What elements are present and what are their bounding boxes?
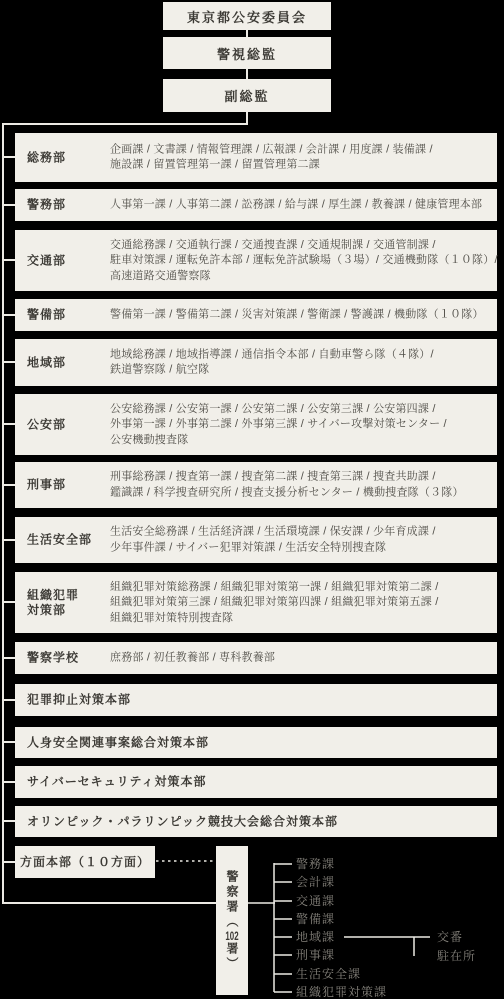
dept-box-general-affairs: 総務部 企画課 / 文書課 / 情報管理課 / 広報課 / 会計課 / 用度課 … xyxy=(15,133,497,182)
koban-label: 交番 xyxy=(437,929,463,945)
dept-divisions: 公安総務課 / 公安第一課 / 公安第二課 / 公安第三課 / 公安第四課 / … xyxy=(110,401,504,448)
dept-box-police-academy: 警察学校 庶務部 / 初任教養部 / 専科教養部 xyxy=(15,642,497,674)
dept-divisions: 庶務部 / 初任教養部 / 専科教養部 xyxy=(110,650,504,666)
dept-box-area-hq: 方面本部（１０方面） xyxy=(15,846,155,878)
dept-name: サイバーセキュリティ対策本部 xyxy=(27,775,487,790)
police-station-label-prefix: 警察署（ xyxy=(225,870,239,930)
station-section-kaikei: 会計課 xyxy=(296,874,335,890)
dept-name: 公安部 xyxy=(27,417,109,432)
police-station-box: 警察署（102署） xyxy=(216,846,248,995)
dept-box-criminal-investigation: 刑事部 刑事総務課 / 捜査第一課 / 捜査第二課 / 捜査第三課 / 捜査共助… xyxy=(15,462,497,508)
station-section-kotsu: 交通課 xyxy=(296,893,335,909)
police-station-label: 警察署（102署） xyxy=(226,870,238,972)
dept-name: オリンピック・パラリンピック競技大会総合対策本部 xyxy=(27,814,487,829)
dept-box-organized-crime: 組織犯罪 対策部 組織犯罪対策総務課 / 組織犯罪対策第一課 / 組織犯罪対策第… xyxy=(15,572,497,633)
dept-box-personal-safety-hq: 人身安全関連事案総合対策本部 xyxy=(15,727,497,758)
dept-box-cybersecurity-hq: サイバーセキュリティ対策本部 xyxy=(15,766,497,798)
dept-name: 生活安全部 xyxy=(27,533,109,548)
dept-divisions: 企画課 / 文書課 / 情報管理課 / 広報課 / 会計課 / 用度課 / 装備… xyxy=(110,142,504,173)
dept-name: 刑事部 xyxy=(27,478,109,493)
dept-name: 人身安全関連事案総合対策本部 xyxy=(27,735,487,750)
station-section-keiji: 刑事課 xyxy=(296,947,335,963)
dept-name: 警察学校 xyxy=(27,651,109,666)
dept-box-community-police: 地域部 地域総務課 / 地域指導課 / 通信指令本部 / 自動車警ら隊（４隊）/… xyxy=(15,339,497,386)
superintendent-general-label: 警視総監 xyxy=(217,44,277,63)
dept-name: 犯罪抑止対策本部 xyxy=(27,693,487,708)
dept-name: 総務部 xyxy=(27,150,109,165)
dept-name: 地域部 xyxy=(27,355,109,370)
dept-divisions: 生活安全総務課 / 生活経済課 / 生活環境課 / 保安課 / 少年育成課 / … xyxy=(110,525,504,556)
station-section-seikatsu-anzen: 生活安全課 xyxy=(296,966,361,982)
police-station-count: 102 xyxy=(225,930,239,942)
station-section-keibi: 警備課 xyxy=(296,911,335,927)
police-station-label-suffix: 署） xyxy=(225,942,239,972)
station-section-soshiki-hanzai: 組織犯罪対策課 xyxy=(296,984,387,999)
org-chart: 東京都公安委員会 警視総監 副総監 総務部 企画課 / 文書課 / 情報管理課 … xyxy=(0,0,504,999)
public-safety-commission-label: 東京都公安委員会 xyxy=(187,7,307,26)
station-section-chiiki: 地域課 xyxy=(296,929,335,945)
public-safety-commission-box: 東京都公安委員会 xyxy=(163,2,331,30)
dept-divisions: 刑事総務課 / 捜査第一課 / 捜査第二課 / 捜査第三課 / 捜査共助課 / … xyxy=(110,470,504,501)
dept-divisions: 地域総務課 / 地域指導課 / 通信指令本部 / 自動車警ら隊（４隊）/ 鉄道警… xyxy=(110,347,504,378)
dept-name: 警務部 xyxy=(27,198,109,213)
dept-box-public-security: 公安部 公安総務課 / 公安第一課 / 公安第二課 / 公安第三課 / 公安第四… xyxy=(15,394,497,455)
dept-box-security: 警備部 警備第一課 / 警備第二課 / 災害対策課 / 警衛課 / 警護課 / … xyxy=(15,299,497,331)
dept-name: 組織犯罪 対策部 xyxy=(27,588,109,618)
dept-divisions: 交通総務課 / 交通執行課 / 交通捜査課 / 交通規制課 / 交通管制課 / … xyxy=(110,237,504,284)
dept-box-personnel: 警務部 人事第一課 / 人事第二課 / 訟務課 / 給与課 / 厚生課 / 教養… xyxy=(15,189,497,221)
superintendent-general-box: 警視総監 xyxy=(163,37,331,69)
dept-divisions: 人事第一課 / 人事第二課 / 訟務課 / 給与課 / 厚生課 / 教養課 / … xyxy=(110,197,504,213)
dept-box-crime-deterrence-hq: 犯罪抑止対策本部 xyxy=(15,684,497,716)
dept-box-community-safety: 生活安全部 生活安全総務課 / 生活経済課 / 生活環境課 / 保安課 / 少年… xyxy=(15,517,497,563)
dept-name: 方面本部（１０方面） xyxy=(20,855,150,870)
dept-divisions: 組織犯罪対策総務課 / 組織犯罪対策第一課 / 組織犯罪対策第二課 / 組織犯罪… xyxy=(110,579,504,626)
dept-box-traffic: 交通部 交通総務課 / 交通執行課 / 交通捜査課 / 交通規制課 / 交通管制… xyxy=(15,230,497,291)
dept-box-olympic-paralympic-hq: オリンピック・パラリンピック競技大会総合対策本部 xyxy=(15,806,497,837)
dept-name: 交通部 xyxy=(27,253,109,268)
dept-name: 警備部 xyxy=(27,308,109,323)
dept-divisions: 警備第一課 / 警備第二課 / 災害対策課 / 警衛課 / 警護課 / 機動隊（… xyxy=(110,307,504,323)
deputy-superintendent-general-label: 副総監 xyxy=(224,86,269,105)
deputy-superintendent-general-box: 副総監 xyxy=(163,79,331,112)
chuzaisho-label: 駐在所 xyxy=(437,948,476,964)
station-section-keimu: 警務課 xyxy=(296,856,335,872)
